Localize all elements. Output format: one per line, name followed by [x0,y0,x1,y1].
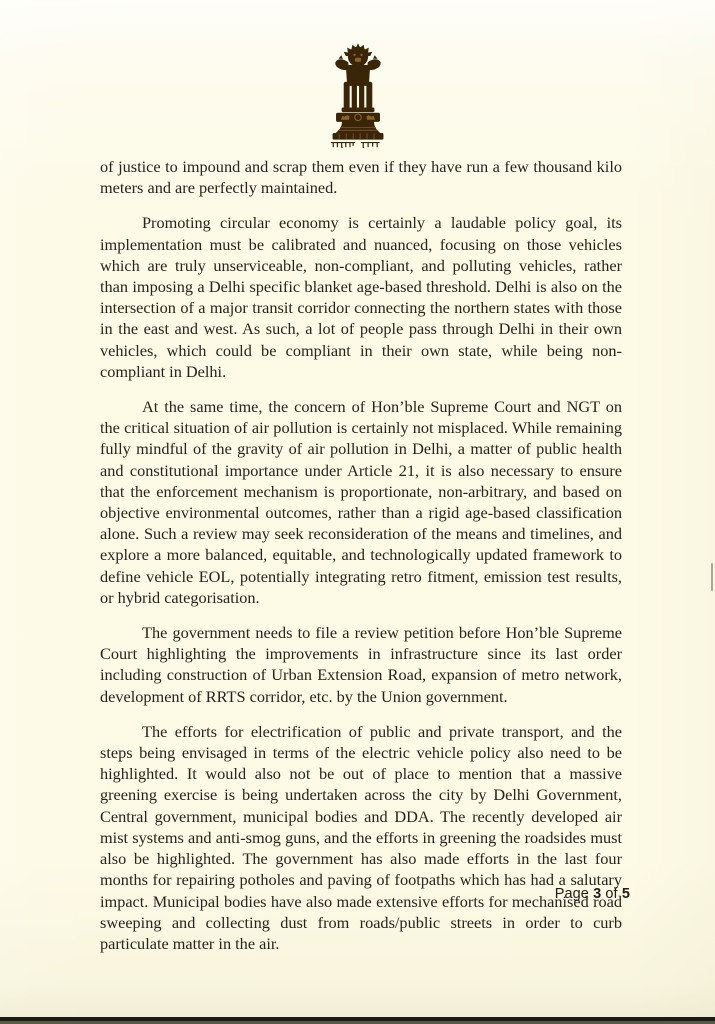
scanned-document-page: of justice to impound and scrap them eve… [0,0,715,1024]
scan-artifact-bottom-edge [0,1016,715,1024]
ashoka-emblem [323,42,393,148]
paragraph-circular-economy: Promoting circular economy is certainly … [100,212,622,382]
footer-separator: of [601,886,622,902]
ashoka-emblem-icon [323,42,393,148]
scan-artifact-right-edge [711,563,713,591]
letter-body: of justice to impound and scrap them eve… [100,156,622,968]
paragraph-review-petition: The government needs to file a review pe… [100,622,622,707]
paragraph-electrification-greening: The efforts for electrification of publi… [100,721,622,954]
paragraph-supreme-court-ngt: At the same time, the concern of Hon’ble… [100,396,622,608]
footer-total-pages: 5 [622,886,630,902]
paragraph-continuation: of justice to impound and scrap them eve… [100,156,622,198]
footer-prefix: Page [555,886,593,902]
motto-satyameva-jayate [330,142,379,148]
page-number-footer: Page 3 of 5 [555,886,630,902]
